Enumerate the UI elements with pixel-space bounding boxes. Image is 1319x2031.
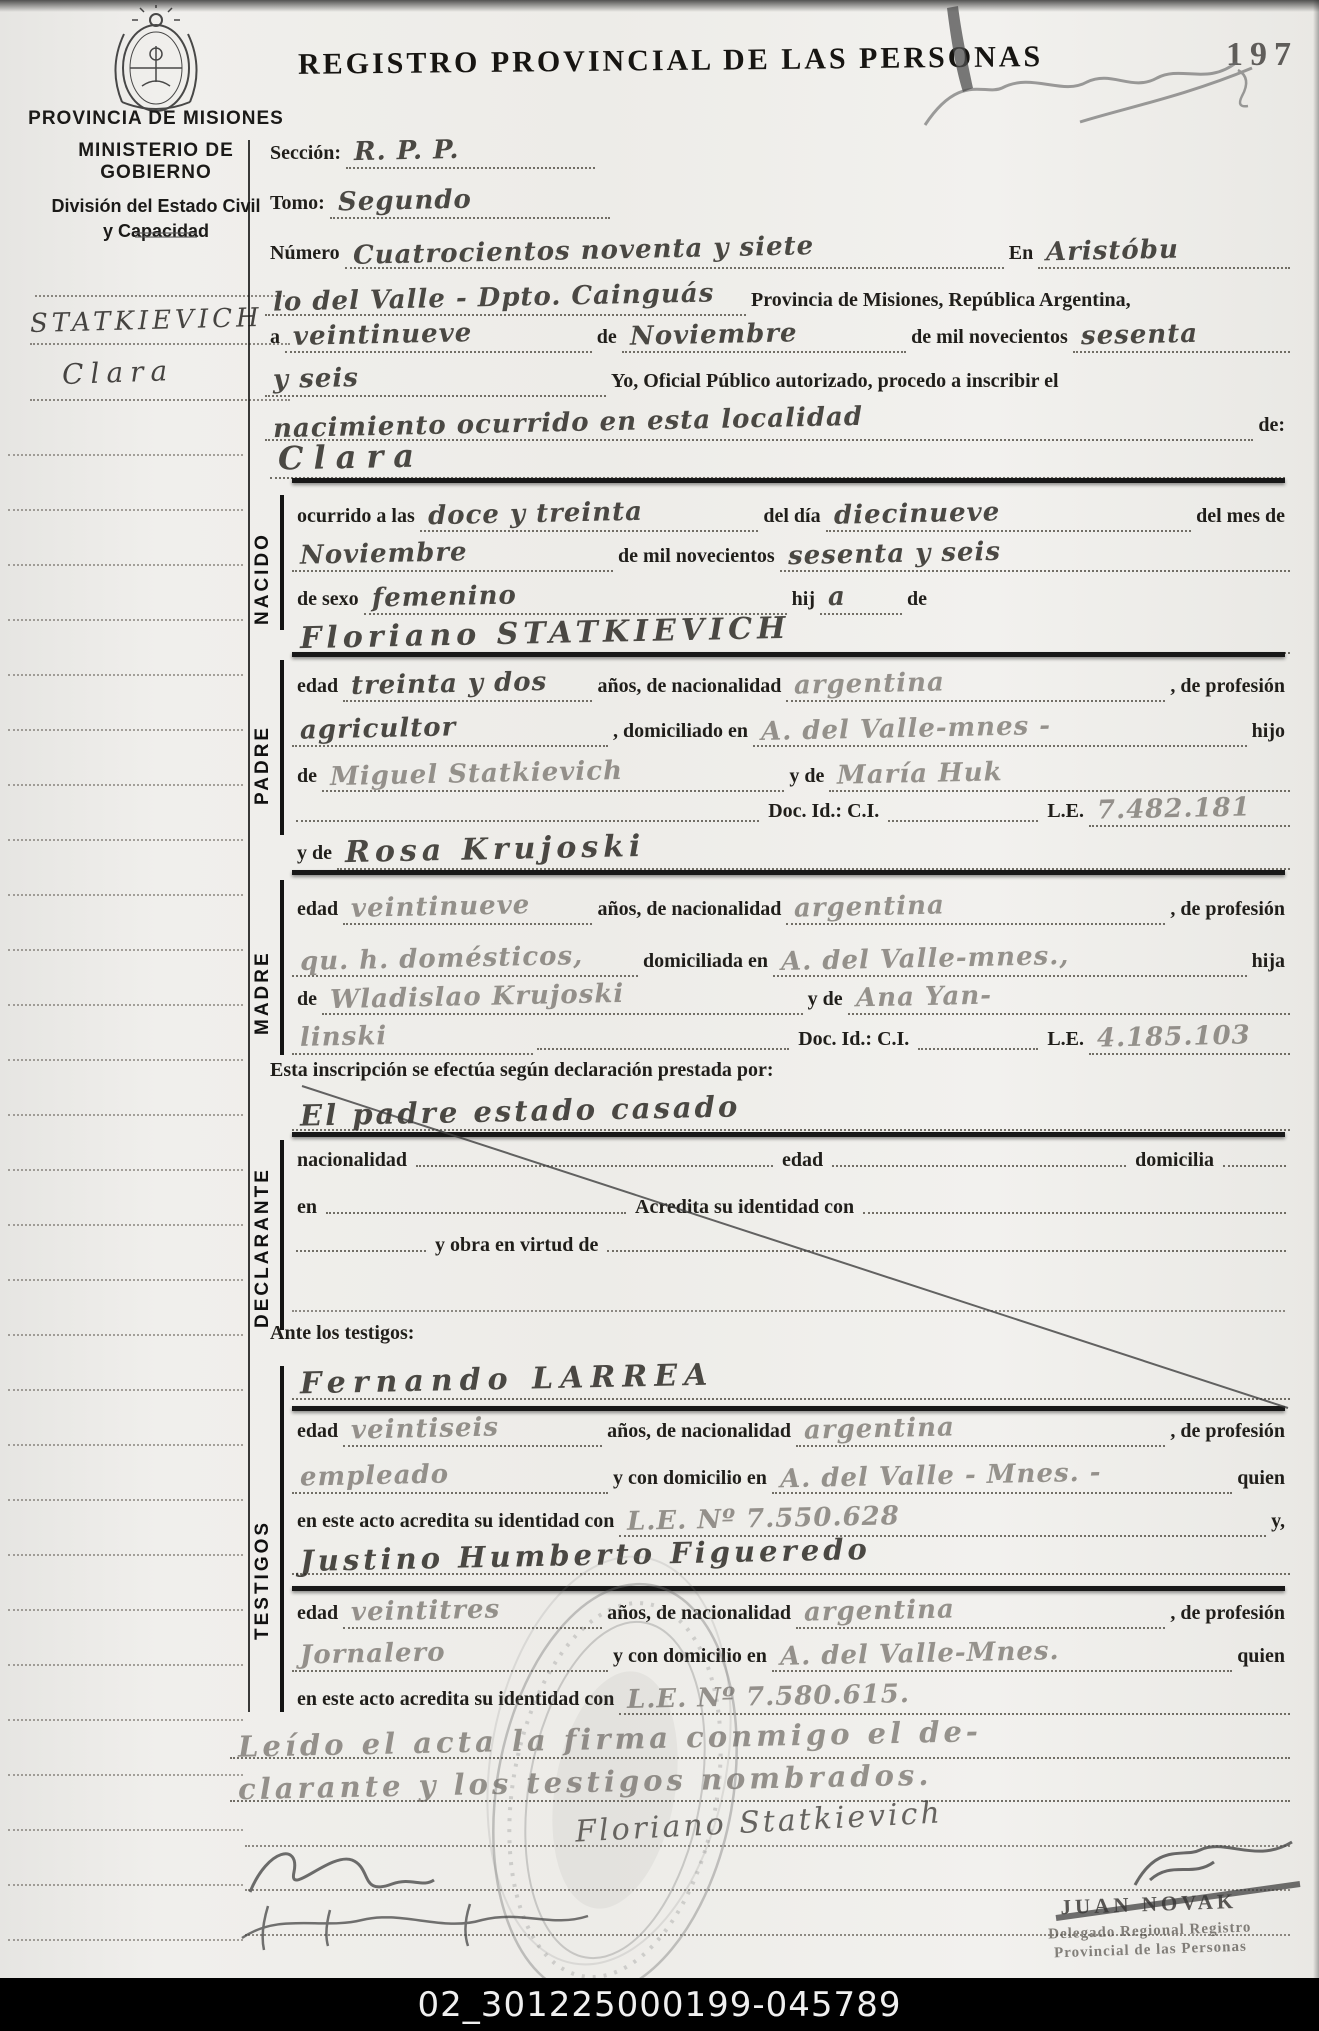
closing-field-1: Leído el acta la firma conmigo el de- (230, 1722, 1290, 1759)
witness2-age-value: veintitres (351, 1594, 501, 1627)
y-label: y, (1266, 1510, 1290, 1533)
t6-label: hij (787, 588, 820, 611)
grandfather-value: Miguel Statkievich (330, 756, 624, 792)
birth-certificate-scan: REGISTRO PROVINCIAL DE LAS PERSONAS 197 … (0, 0, 1319, 2031)
declarant-field: El padre estado casado (292, 1094, 1290, 1131)
oficial-text: Yo, Oficial Público autorizado, procedo … (606, 370, 1064, 393)
mother-nationality-value: argentina (794, 890, 945, 923)
handwriting-bottom-left (242, 1904, 588, 1950)
hijo-label: hijo (1247, 720, 1290, 743)
office-line-3: División del Estado Civil (20, 196, 292, 217)
numero-field: Cuatrocientos noventa y siete (345, 236, 1004, 269)
closing-line-1: Leído el acta la firma conmigo el de- (230, 1722, 1290, 1759)
argentina-coat-of-arms (88, 4, 223, 122)
father-name-row: Floriano STATKIEVICH (292, 616, 1290, 654)
birth-day-field: diecinueve (826, 499, 1191, 532)
margin-dotted-line (8, 452, 243, 456)
section-label-padre: PADRE (252, 685, 274, 805)
margin-dotted-line (8, 1827, 243, 1831)
witness1-nationality-field: argentina (796, 1414, 1165, 1447)
year-field-2: y seis (265, 364, 606, 397)
place-field-1: Aristóbu (1038, 236, 1290, 269)
witness2-name-row: Justino Humberto Figueredo (292, 1538, 1290, 1575)
witness2-age-row: edad veintitres años, de nacionalidad ar… (292, 1596, 1290, 1629)
heavy-rule (292, 1132, 1285, 1137)
m-grandfather-value: Wladislao Krujoski (330, 979, 625, 1015)
witness2-name-value: Justino Humberto Figueredo (300, 1532, 871, 1578)
dom-label: domiciliada en (638, 950, 773, 973)
madre-bracket (280, 880, 284, 1055)
mother-le-field: 4.185.103 (1089, 1022, 1290, 1055)
paternal-grandparents-row: de Miguel Statkievich y de María Huk (292, 759, 1290, 792)
en-label: En (1004, 242, 1038, 265)
sex-row: de sexo femenino hij a de (292, 582, 932, 615)
mother-occupation-value: qu. h. domésticos, (300, 941, 584, 977)
mother-doc-row: linski Doc. Id.: C.I. L.E. 4.185.103 (292, 1022, 1290, 1055)
date-row: a veintinueve de Noviembre de mil noveci… (265, 320, 1290, 353)
birth-month-value: Noviembre (300, 537, 468, 571)
witness1-name-value: Fernando LARREA (300, 1358, 715, 1402)
father-occupation-field: agricultor (292, 714, 608, 747)
witness2-address-value: A. del Valle-Mnes. (780, 1636, 1060, 1672)
doc-label: Doc. Id.: C.I. (763, 800, 884, 823)
t5-label: de sexo (292, 588, 364, 611)
mother-le-value: 4.185.103 (1097, 1020, 1251, 1053)
declaration-intro-row: Esta inscripción se efectúa según declar… (265, 1059, 1290, 1082)
nac-label: años, de nacionalidad (602, 1420, 796, 1443)
year-value-1: sesenta (1080, 319, 1198, 351)
birth-time-row: ocurrido a las doce y treinta del día di… (292, 499, 1290, 532)
official-signature-right (1135, 1842, 1292, 1885)
margin-dotted-line (8, 1387, 243, 1391)
y-de-label: y de (292, 842, 337, 865)
margin-dotted-line (8, 1112, 243, 1116)
province-text: Provincia de Misiones, República Argenti… (746, 289, 1136, 312)
page-title: REGISTRO PROVINCIAL DE LAS PERSONAS (298, 40, 1043, 82)
section-label-madre: MADRE (252, 895, 274, 1035)
closing-text-2: clarante y los testigos nombrados. (238, 1758, 933, 1807)
year-value-2: y seis (273, 363, 359, 395)
numero-value: Cuatrocientos noventa y siete (352, 231, 814, 271)
signature-line (245, 1843, 1290, 1847)
witness1-address-field: A. del Valle - Mnes. - (772, 1461, 1232, 1494)
grandmother-field: María Huk (829, 759, 1290, 792)
declaration-intro-text: Esta inscripción se efectúa según declar… (265, 1059, 779, 1082)
margin-dotted-line (8, 1167, 243, 1171)
tomo-value: Segundo (338, 185, 472, 218)
margin-dotted-line (8, 1662, 243, 1666)
nac-label: años, de nacionalidad (592, 898, 786, 921)
edad-label: edad (777, 1149, 828, 1172)
form-left-rule (248, 140, 250, 1712)
scan-reference-code: 02_301225000199-045789 (418, 1985, 902, 2025)
margin-dotted-line (8, 1772, 243, 1776)
closing-text-1: Leído el acta la firma conmigo el de- (238, 1714, 983, 1764)
sex-field: femenino (364, 582, 787, 615)
mother-name-value: Rosa Krujoski (345, 829, 646, 870)
margin-dotted-line (8, 562, 243, 566)
margin-dotted-line (8, 1497, 243, 1501)
dom-label: y con domicilio en (608, 1467, 772, 1490)
t2-label: del día (758, 505, 825, 528)
hija-label: hija (1247, 950, 1290, 973)
month-value: Noviembre (629, 318, 797, 352)
m-grandmother-value-2: linski (300, 1021, 388, 1053)
father-nationality-value: argentina (794, 667, 945, 700)
nacionalidad-label: nacionalidad (292, 1149, 412, 1172)
m-grandfather-field: Wladislao Krujoski (322, 982, 803, 1015)
t4-label: de mil novecientos (613, 545, 780, 568)
y-de-label: y de (784, 765, 829, 788)
maternal-grandparents-row: de Wladislao Krujoski y de Ana Yan- (292, 982, 1290, 1015)
father-age-value: treinta y dos (351, 667, 548, 701)
doc-label: Doc. Id.: C.I. (793, 1028, 914, 1051)
father-age-field: treinta y dos (343, 669, 592, 702)
heavy-rule (292, 870, 1285, 875)
witness1-address-row: empleado y con domicilio en A. del Valle… (292, 1461, 1290, 1494)
day-field: veintinueve (285, 320, 592, 353)
t1-label: ocurrido a las (292, 505, 420, 528)
section-label-testigos: TESTIGOS (252, 1470, 274, 1640)
signature-line (245, 1887, 1290, 1891)
place-value-1: Aristóbu (1046, 235, 1179, 268)
nacido-bracket (280, 495, 284, 630)
section-label-nacido: NACIDO (252, 505, 274, 625)
witness2-nationality-value: argentina (804, 1594, 955, 1627)
en-label: en (292, 1196, 322, 1219)
mother-age-value: veintinueve (351, 890, 531, 924)
prof-label: , de profesión (1165, 675, 1290, 698)
father-age-row: edad treinta y dos años, de nacionalidad… (292, 669, 1290, 702)
seccion-label: Sección: (265, 142, 346, 165)
acredita-label: en este acto acredita su identidad con (292, 1688, 619, 1711)
acredita-label: Acredita su identidad con (630, 1196, 859, 1219)
birth-day-value: diecinueve (833, 497, 1000, 530)
quien-label: quien (1232, 1467, 1290, 1490)
issuing-office-block: PROVINCIA DE MISIONES MINISTERIO DE GOBI… (20, 108, 292, 242)
numero-row: Número Cuatrocientos noventa y siete En … (265, 236, 1290, 269)
witness1-name-row: Fernando LARREA (292, 1362, 1290, 1400)
place-field-2: lo del Valle - Dpto. Cainguás (265, 283, 746, 316)
faded-print-smudge (135, 232, 197, 239)
mother-address-field: A. del Valle-mnes., (773, 944, 1247, 977)
declarant-fields-row-1: nacionalidad edad domicilia (292, 1149, 1290, 1172)
tomo-label: Tomo: (265, 192, 330, 215)
month-field: Noviembre (622, 320, 906, 353)
margin-dotted-line (8, 617, 243, 621)
heavy-rule (292, 1406, 1285, 1411)
office-line-2: MINISTERIO DE GOBIERNO (20, 140, 292, 184)
margin-surname: STATKIEVICH (30, 303, 263, 339)
father-occupation-value: agricultor (300, 712, 457, 745)
heavy-rule (292, 1586, 1285, 1591)
ante-label: Ante los testigos: (265, 1322, 419, 1345)
father-nationality-field: argentina (786, 669, 1165, 702)
witness2-id-value: L.E. Nº 7.580.615. (627, 1679, 910, 1715)
nac-label: años, de nacionalidad (602, 1602, 796, 1625)
seccion-value: R. P. P. (354, 135, 460, 167)
margin-rule (30, 397, 290, 401)
declarant-value: El padre estado casado (300, 1089, 741, 1132)
m-grandmother-value: Ana Yan- (855, 981, 992, 1014)
margin-dotted-line (8, 727, 243, 731)
child-name-field: Clara (270, 438, 1285, 479)
tomo-field: Segundo (330, 186, 610, 219)
witness1-id-field: L.E. Nº 7.550.628 (619, 1504, 1266, 1537)
margin-dotted-line (8, 1002, 243, 1006)
margin-given-name: Clara (61, 354, 174, 391)
obra-label: y obra en virtud de (430, 1234, 603, 1257)
quien-label: quien (1232, 1645, 1290, 1668)
witness2-nationality-field: argentina (796, 1596, 1165, 1629)
mother-age-row: edad veintinueve años, de nacionalidad a… (292, 892, 1290, 925)
father-le-value: 7.482.181 (1097, 792, 1251, 825)
margin-dotted-line (8, 1552, 243, 1556)
official-name: JUAN NOVAK (1047, 1888, 1251, 1920)
margin-dotted-line (8, 1222, 243, 1226)
margin-dotted-line (8, 1332, 243, 1336)
margin-dotted-line (8, 837, 243, 841)
father-signature: Floriano Statkievich (574, 1795, 943, 1849)
dom-label: y con domicilio en (608, 1645, 772, 1668)
acredita-label: en este acto acredita su identidad con (292, 1510, 619, 1533)
de-mil-label: de mil novecientos (906, 326, 1073, 349)
margin-rule (30, 341, 290, 345)
witness2-address-field: A. del Valle-Mnes. (772, 1639, 1232, 1672)
le-label: L.E. (1042, 1028, 1089, 1051)
official-stamp-text: JUAN NOVAK Delegado Regional Registro Pr… (1047, 1888, 1252, 1962)
birth-year-field: sesenta y seis (780, 539, 1290, 572)
page-number-stamp: 197 (1226, 36, 1298, 74)
margin-dotted-line (8, 782, 243, 786)
margin-dotted-line (8, 947, 243, 951)
margin-dotted-line (8, 1717, 243, 1721)
sex-value: femenino (371, 580, 516, 613)
tomo-row: Tomo: Segundo (265, 186, 610, 219)
father-address-field: A. del Valle-mnes - (753, 714, 1247, 747)
mother-age-field: veintinueve (343, 892, 592, 925)
witness1-nationality-value: argentina (804, 1412, 955, 1445)
witness2-name-field: Justino Humberto Figueredo (292, 1538, 1290, 1575)
scan-footer-bar: 02_301225000199-045789 (0, 1978, 1319, 2031)
day-value: veintinueve (293, 318, 473, 352)
mother-name-row: y de Rosa Krujoski (292, 832, 1290, 870)
birth-month-row: Noviembre de mil novecientos sesenta y s… (292, 539, 1290, 572)
seccion-field: R. P. P. (346, 136, 595, 169)
father-doc-row: Doc. Id.: C.I. L.E. 7.482.181 (292, 794, 1290, 827)
m-grandmother-field-2: linski (292, 1022, 533, 1055)
margin-dotted-line (8, 892, 243, 896)
declarant-fields-row-2: en Acredita su identidad con (292, 1196, 1290, 1219)
witness1-id-row: en este acto acredita su identidad con L… (292, 1504, 1290, 1537)
witness2-age-field: veintitres (343, 1596, 602, 1629)
year-field-1: sesenta (1073, 320, 1290, 353)
heavy-rule (292, 652, 1285, 657)
time-field: doce y treinta (420, 499, 759, 532)
witness2-address-row: Jornalero y con domicilio en A. del Vall… (292, 1639, 1290, 1672)
sex-suffix-value: a (828, 582, 846, 612)
t3-label: del mes de (1191, 505, 1290, 528)
witness1-age-field: veintiseis (343, 1414, 602, 1447)
heavy-rule (292, 478, 1285, 483)
place-value-2: lo del Valle - Dpto. Cainguás (273, 278, 715, 317)
child-name-row: Clara (270, 438, 1285, 479)
witness1-occupation-value: empleado (300, 1459, 450, 1492)
m-grandmother-field: Ana Yan- (848, 982, 1290, 1015)
declarante-bracket (280, 1140, 284, 1330)
de-label: de (292, 988, 322, 1011)
father-le-field: 7.482.181 (1089, 794, 1290, 827)
witness2-id-row: en este acto acredita su identidad con L… (292, 1682, 1290, 1715)
office-line-1: PROVINCIA DE MISIONES (20, 108, 292, 130)
witness1-age-row: edad veintiseis años, de nacionalidad ar… (292, 1414, 1290, 1447)
edad-label: edad (292, 1602, 343, 1625)
prof-label: , de profesión (1165, 1420, 1290, 1443)
margin-dotted-line (8, 1277, 243, 1281)
de-label: de (292, 765, 322, 788)
witness1-age-value: veintiseis (351, 1412, 500, 1445)
mother-nationality-field: argentina (786, 892, 1165, 925)
scan-edge-smudge (0, 0, 1319, 12)
testigos-bracket (280, 1366, 284, 1712)
witness1-occupation-field: empleado (292, 1461, 608, 1494)
edad-label: edad (292, 675, 343, 698)
padre-bracket (280, 660, 284, 835)
grandfather-field: Miguel Statkievich (322, 759, 784, 792)
edad-label: edad (292, 1420, 343, 1443)
a-label: a (265, 326, 285, 349)
mother-occupation-row: qu. h. domésticos, domiciliada en A. del… (292, 944, 1290, 977)
numero-label: Número (265, 242, 345, 265)
t7-label: de (902, 588, 932, 611)
mother-address-value: A. del Valle-mnes., (781, 941, 1070, 977)
mother-occupation-field: qu. h. domésticos, (292, 944, 638, 977)
prof-label: , de profesión (1165, 1602, 1290, 1625)
margin-dotted-line (8, 1057, 243, 1061)
declarant-fields-row-3: y obra en virtud de (292, 1234, 1290, 1257)
y-de-label: y de (803, 988, 848, 1011)
sex-suffix-field: a (820, 582, 902, 615)
scan-edge-right (1313, 0, 1319, 1978)
witness2-occupation-value: Jornalero (300, 1637, 446, 1670)
dom-label: , domiciliado en (608, 720, 753, 743)
year-intro-row: y seis Yo, Oficial Público autorizado, p… (265, 364, 1290, 397)
declarant-row: El padre estado casado (292, 1094, 1290, 1131)
le-label: L.E. (1042, 800, 1089, 823)
closing-line-2: clarante y los testigos nombrados. (230, 1765, 1290, 1802)
father-name-value: Floriano STATKIEVICH (300, 611, 791, 656)
witness2-id-field: L.E. Nº 7.580.615. (619, 1682, 1290, 1715)
closing-field-2: clarante y los testigos nombrados. (230, 1765, 1290, 1802)
edad-label: edad (292, 898, 343, 921)
father-name-field: Floriano STATKIEVICH (292, 616, 1290, 654)
father-address-value: A. del Valle-mnes - (761, 711, 1052, 747)
mother-name-field: Rosa Krujoski (337, 832, 1290, 870)
father-occupation-row: agricultor , domiciliado en A. del Valle… (292, 714, 1290, 747)
witness2-occupation-field: Jornalero (292, 1639, 608, 1672)
place-row: lo del Valle - Dpto. Cainguás Provincia … (265, 283, 1290, 316)
margin-dotted-line (8, 1937, 243, 1941)
seccion-row: Sección: R. P. P. (265, 136, 595, 169)
birth-month-field: Noviembre (292, 539, 613, 572)
witness1-address-value: A. del Valle - Mnes. - (780, 1458, 1102, 1495)
witness1-name-field: Fernando LARREA (292, 1362, 1290, 1400)
witnesses-intro-row: Ante los testigos: (265, 1322, 765, 1345)
child-name-value: Clara (278, 436, 425, 477)
domicilia-label: domicilia (1130, 1149, 1219, 1172)
section-label-declarante: DECLARANTE (252, 1148, 274, 1328)
de-label: de (592, 326, 622, 349)
margin-dotted-line (8, 507, 243, 511)
empty-form-line (292, 1308, 1285, 1312)
time-value: doce y treinta (427, 497, 643, 531)
birth-year-value: sesenta y seis (787, 537, 1001, 571)
margin-dotted-line (8, 1607, 243, 1611)
grandmother-value: María Huk (837, 757, 1003, 790)
nac-label: años, de nacionalidad (592, 675, 786, 698)
de-colon-label: de: (1253, 414, 1290, 437)
margin-dotted-line (8, 1442, 243, 1446)
margin-dotted-line (8, 672, 243, 676)
prof-label: , de profesión (1165, 898, 1290, 921)
margin-dotted-line (8, 1882, 243, 1886)
